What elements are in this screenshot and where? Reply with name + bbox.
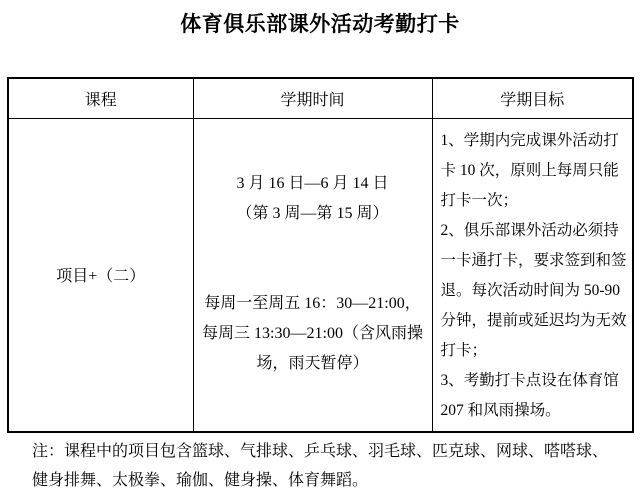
semester-period-text: 3 月 16 日—6 月 14 日（第 3 周—第 15 周） [236, 169, 388, 229]
table-row: 项目+（二） 3 月 16 日—6 月 14 日（第 3 周—第 15 周） 每… [8, 118, 633, 432]
course-cell: 项目+（二） [8, 118, 193, 432]
page-title: 体育俱乐部课外活动考勤打卡 [0, 8, 640, 38]
footnote: 注：课程中的项目包含篮球、气排球、乒乓球、羽毛球、匹克球、网球、嗒嗒球、健身排舞… [32, 437, 630, 493]
semester-goals-cell: 1、学期内完成课外活动打卡 10 次，原则上每周只能打卡一次；2、俱乐部课外活动… [432, 118, 633, 432]
header-course: 课程 [8, 78, 193, 118]
semester-time-cell: 3 月 16 日—6 月 14 日（第 3 周—第 15 周） 每周一至周五 1… [193, 118, 432, 432]
table-header-row: 课程 学期时间 学期目标 [8, 78, 633, 118]
attendance-table: 课程 学期时间 学期目标 项目+（二） 3 月 16 日—6 月 14 日（第 … [7, 77, 634, 433]
header-semester-goal: 学期目标 [432, 78, 633, 118]
semester-time-content: 3 月 16 日—6 月 14 日（第 3 周—第 15 周） 每周一至周五 1… [194, 119, 432, 430]
weekly-hours-text: 每周一至周五 16：30—21:00，每周三 13:30—21:00（含风雨操场… [202, 289, 423, 379]
header-semester-time: 学期时间 [193, 78, 432, 118]
